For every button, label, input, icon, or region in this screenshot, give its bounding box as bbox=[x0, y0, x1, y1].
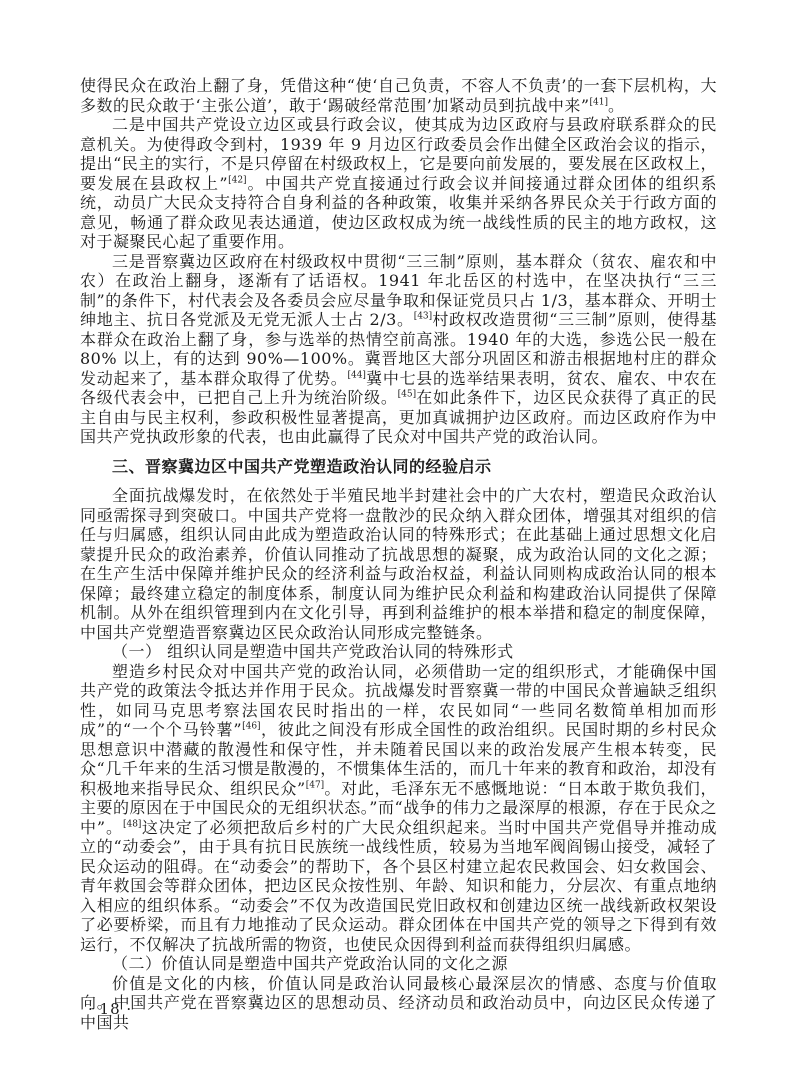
article-body: 使得民众在政治上翻了身，凭借这种“使‘自己负责，不容人不负责’的一套下层机构，大… bbox=[80, 76, 717, 1032]
page-number: · 18 · bbox=[88, 1000, 132, 1018]
footnote-ref: [47] bbox=[306, 780, 324, 790]
footnote-ref: [46] bbox=[242, 722, 260, 732]
subsection-heading: （二）价值认同是塑造中国共产党政治认同的文化之源 bbox=[80, 954, 717, 974]
footnote-ref: [41] bbox=[590, 97, 608, 107]
subsection-heading: （一） 组织认同是塑造中国共产党政治认同的特殊形式 bbox=[80, 642, 717, 662]
footnote-ref: [48] bbox=[123, 819, 141, 829]
paragraph: 塑造乡村民众对中国共产党的政治认同，必须借助一定的组织形式，才能确保中国共产党的… bbox=[80, 662, 717, 955]
footnote-ref: [42] bbox=[228, 175, 246, 185]
paragraph: 二是中国共产党设立边区或县行政会议，使其成为边区政府与县政府联系群众的民意机关。… bbox=[80, 115, 717, 252]
paragraph: 价值是文化的内核，价值认同是政治认同最核心最深层次的情感、态度与价值取向。中国共… bbox=[80, 974, 717, 1033]
section-heading: 三、晋察冀边区中国共产党塑造政治认同的经验启示 bbox=[80, 457, 717, 477]
footnote-ref: [43] bbox=[414, 312, 432, 322]
paragraph: 三是晋察冀边区政府在村级政权中贯彻“三三制”原则，基本群众（贫农、雇农和中农）在… bbox=[80, 252, 717, 447]
paragraph: 使得民众在政治上翻了身，凭借这种“使‘自己负责，不容人不负责’的一套下层机构，大… bbox=[80, 76, 717, 115]
footnote-ref: [45] bbox=[398, 390, 416, 400]
document-page: 使得民众在政治上翻了身，凭借这种“使‘自己负责，不容人不负责’的一套下层机构，大… bbox=[0, 0, 793, 1077]
footnote-ref: [44] bbox=[347, 370, 365, 380]
paragraph: 全面抗战爆发时，在依然处于半殖民地半封建社会中的广大农村，塑造民众政治认同亟需探… bbox=[80, 486, 717, 642]
